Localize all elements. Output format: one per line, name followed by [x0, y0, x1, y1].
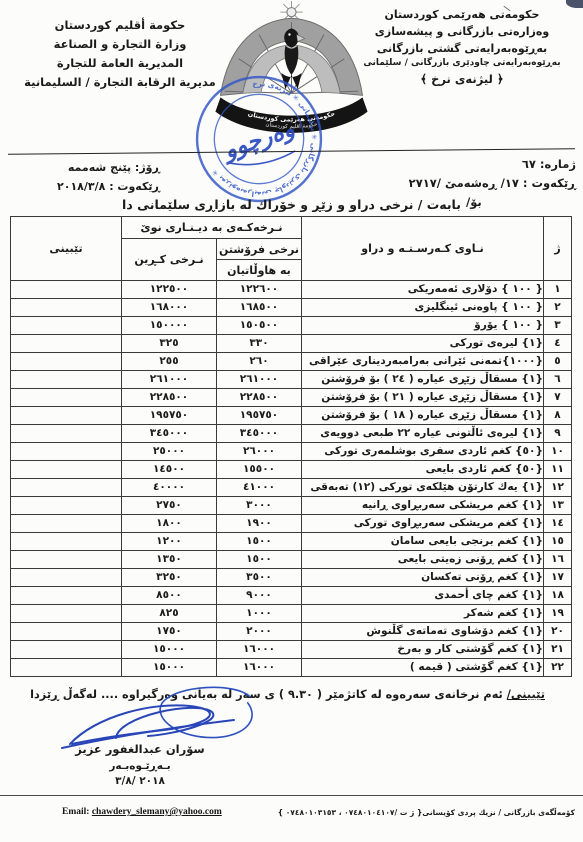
cell-sell-price: ١٥٠٠	[217, 533, 302, 551]
cell-item-name: {١} كغم مریشكی سه‌ربڕاوی توركی	[302, 515, 544, 533]
cell-note	[11, 335, 122, 353]
cell-buy-price: ٣٢٥	[122, 335, 217, 353]
cell-serial: ١٩	[544, 605, 572, 623]
cell-sell-price: ١٥٥٠٠	[217, 461, 302, 479]
gov-line: حكومه‌تی هه‌رێمی كوردستان	[348, 6, 576, 23]
cell-buy-price: ٣٢٥٠	[122, 569, 217, 587]
address-phone-line: كۆمه‌ڵگه‌ی بازرگانی / نزیك پردی كۆیسانی{…	[278, 807, 575, 817]
table-row: ١٢ {١} یه‌ك كارتۆن هێلكه‌ی توركی (١٢) ته…	[11, 479, 572, 497]
cell-note	[11, 353, 122, 371]
cell-buy-price: ١٥٠٠٠	[122, 659, 217, 677]
scanned-document-page: حكومه‌تی هه‌رێمی كوردستان وه‌زاره‌تی باز…	[0, 0, 583, 842]
cell-sell-price: ١٥٠٥٠٠	[217, 317, 302, 335]
day-date-block: ڕۆژ: پێنج شه‌ممه ڕێكه‌وت : ٢٠١٨/٣/٨	[42, 158, 160, 197]
cell-buy-price: ٢٢٨٥٠٠	[122, 389, 217, 407]
cell-buy-price: ٢٦١٠٠٠	[122, 371, 217, 389]
cell-sell-price: ١٩٥٧٥٠	[217, 407, 302, 425]
table-row: ١٧ {١} كغم ڕۆنی ته‌كسان ٣٥٠٠ ٣٢٥٠	[11, 569, 572, 587]
cell-serial: ٧	[544, 389, 572, 407]
cell-note	[11, 443, 122, 461]
cell-serial: ١٤	[544, 515, 572, 533]
footnote-label: تێبینی/	[507, 688, 545, 701]
cell-sell-price: ١٥٠٠	[217, 551, 302, 569]
col-header-serial: ژ	[544, 217, 572, 281]
day-line: ڕۆژ: پێنج شه‌ممه	[42, 158, 160, 177]
table-row: ٢١ {١} كغم گۆشتی كار و به‌رخ ١٦٠٠٠ ١٥٠٠٠	[11, 641, 572, 659]
price-table: ژ نـاوی كـه‌رسـتـه‌ و دراو نـرخه‌كـه‌ی ب…	[10, 216, 572, 677]
cell-buy-price: ١٤٥٠٠	[122, 461, 217, 479]
table-row: ١١ {٥٠} كغم ئاردی بایعی ١٥٥٠٠ ١٤٥٠٠	[11, 461, 572, 479]
cell-sell-price: ١٠٠٠	[217, 605, 302, 623]
cell-serial: ٥	[544, 353, 572, 371]
cell-item-name: { ١٠٠ } پاوه‌نی ئینگلیزی	[302, 299, 544, 317]
cell-serial: ٨	[544, 407, 572, 425]
cell-item-name: {١} كغم گۆشتی كار و به‌رخ	[302, 641, 544, 659]
cell-serial: ١٣	[544, 497, 572, 515]
cell-buy-price: ٤٠٠٠٠	[122, 479, 217, 497]
cell-note	[11, 389, 122, 407]
ministry-line: وزارة التجارة و الصناعة	[14, 35, 226, 54]
col-header-notes: تێبینی	[11, 217, 122, 281]
cell-sell-price: ٣٣٠	[217, 335, 302, 353]
cell-item-name: {٥٠} كغم ئاردی بایعی	[302, 461, 544, 479]
cell-buy-price: ٢٥٠٠٠	[122, 443, 217, 461]
cell-buy-price: ١٥٠٠٠	[122, 641, 217, 659]
table-row: ١٤ {١} كغم مریشكی سه‌ربڕاوی توركی ١٩٠٠ ١…	[11, 515, 572, 533]
cell-serial: ٦	[544, 371, 572, 389]
kurdish-date: ڕێكه‌وت : ١٧/ ڕه‌شه‌مێ /٢٧١٧	[388, 174, 576, 193]
table-row: ٦ {١} مسقاڵ زێڕی عیاره ( ٢٤ ) بۆ فرۆشتن …	[11, 371, 572, 389]
cell-buy-price: ١٧٥٠	[122, 623, 217, 641]
cell-item-name: {١} لیره‌ی ئاڵتونی عیاره ٢٢ طبعی دوویه‌ی	[302, 425, 544, 443]
directorate-line: به‌ڕێوه‌به‌رایه‌تی گشتی بازرگانی	[348, 40, 576, 57]
cell-note	[11, 605, 122, 623]
table-row: ١٩ {١} كغم شه‌كر ١٠٠٠ ٨٢٥	[11, 605, 572, 623]
cell-item-name: {١} كغم چای أحمدی	[302, 587, 544, 605]
price-committee-line: ﴿ لیژنه‌ی نرخ ﴾	[348, 71, 576, 89]
signature-block: سۆران عبدالغفور عزیز بـه‌ڕێـوه‌بـه‌ر ٢٠١…	[60, 742, 220, 787]
cell-serial: ١١	[544, 461, 572, 479]
cell-note	[11, 281, 122, 299]
col-header-buy-price: نـرخی كـڕین	[122, 239, 217, 281]
table-row: ١٣ {١} كغم مریشكی سه‌ربڕاوی ڕانیه ٣٠٠٠ ٢…	[11, 497, 572, 515]
cell-note	[11, 479, 122, 497]
table-row: ١٠ {٥٠} كغم ئاردی سفری بوشلمه‌ری توركی ٢…	[11, 443, 572, 461]
cell-note	[11, 623, 122, 641]
cell-item-name: {١} مسقاڵ زێڕی عیاره ( ٢٤ ) بۆ فرۆشتن	[302, 371, 544, 389]
official-stamp: به‌ڕێوه‌به‌رایه‌تی چاودێری بازرگانی ✳ سل…	[184, 64, 333, 213]
cell-note	[11, 515, 122, 533]
email-label: Email:	[62, 807, 89, 817]
cell-sell-price: ٤١٠٠٠	[217, 479, 302, 497]
table-row: ٢ { ١٠٠ } پاوه‌نی ئینگلیزی ١٦٨٥٠٠ ١٦٨٠٠٠	[11, 299, 572, 317]
cell-item-name: {١} لیره‌ی توركی	[302, 335, 544, 353]
cell-buy-price: ١٩٥٧٥٠	[122, 407, 217, 425]
email-link[interactable]: chawdery_slemany@yahoo.com	[92, 807, 222, 817]
col-header-price-group: نـرخه‌كـه‌ی به دیـنـاری نوێ	[122, 217, 302, 239]
cell-item-name: {١} كغم ڕۆنی ته‌كسان	[302, 569, 544, 587]
cell-note	[11, 551, 122, 569]
cell-note	[11, 371, 122, 389]
cell-serial: ٩	[544, 425, 572, 443]
cell-item-name: {١٠٠٠}تمه‌نی ئێرانی به‌رامبه‌ردیناری عێر…	[302, 353, 544, 371]
cell-item-name: {٥٠} كغم ئاردی سفری بوشلمه‌ری توركی	[302, 443, 544, 461]
cell-item-name: {١} یه‌ك كارتۆن هێلكه‌ی توركی (١٢) ته‌به…	[302, 479, 544, 497]
cell-sell-price: ٣٥٠٠	[217, 569, 302, 587]
footer-divider-line	[0, 795, 583, 796]
gregorian-date: ڕێكه‌وت : ٢٠١٨/٣/٨	[42, 177, 160, 196]
cell-serial: ٢٢	[544, 659, 572, 677]
cell-note	[11, 497, 122, 515]
table-row: ١٨ {١} كغم چای أحمدی ٩٠٠٠ ٨٥٠٠	[11, 587, 572, 605]
table-row: ٣ { ١٠٠ } یۆرۆ ١٥٠٥٠٠ ١٥٠٠٠٠	[11, 317, 572, 335]
cell-sell-price: ٣٠٠٠	[217, 497, 302, 515]
cell-serial: ١٨	[544, 587, 572, 605]
signer-name: سۆران عبدالغفور عزیز	[60, 742, 220, 756]
cell-buy-price: ١٦٨٠٠٠	[122, 299, 217, 317]
cell-buy-price: ٢٥٥	[122, 353, 217, 371]
cell-item-name: {١} كغم گۆشتی ( قیمه )	[302, 659, 544, 677]
cell-sell-price: ٢٠٠٠	[217, 623, 302, 641]
table-row: ٢٠ {١} كغم دۆشاوی ته‌ماته‌ی گڵنوش ٢٠٠٠ ١…	[11, 623, 572, 641]
footer-contact-line: Email: chawdery_slemany@yahoo.com كۆمه‌ڵ…	[62, 807, 575, 817]
cell-note	[11, 659, 122, 677]
email-line: Email: chawdery_slemany@yahoo.com	[62, 807, 222, 817]
cell-buy-price: ١٢٠٠	[122, 533, 217, 551]
col-header-sell-sub: به هاوڵاتیان	[217, 260, 302, 281]
col-header-sell-price: نرخی فرۆشتن	[217, 239, 302, 260]
cell-sell-price: ١٦٠٠٠	[217, 659, 302, 677]
cell-serial: ٢	[544, 299, 572, 317]
price-table-header: ژ نـاوی كـه‌رسـتـه‌ و دراو نـرخه‌كـه‌ی ب…	[11, 217, 572, 281]
table-row: ٨ {١} مسقاڵ زێڕی عیاره ( ١٨ ) بۆ فرۆشتن …	[11, 407, 572, 425]
cell-note	[11, 587, 122, 605]
table-row: ١٦ {١} كغم ڕۆنی زه‌یتی بایعی ١٥٠٠ ١٣٥٠	[11, 551, 572, 569]
table-row: ١٥ {١} كغم برنجی بایعی سامان ١٥٠٠ ١٢٠٠	[11, 533, 572, 551]
cell-sell-price: ١٢٢٦٠٠	[217, 281, 302, 299]
ministry-line: وه‌زاره‌تی بازرگانی و پیشه‌سازی	[348, 23, 576, 40]
cell-buy-price: ٣٤٥٠٠٠	[122, 425, 217, 443]
cell-note	[11, 641, 122, 659]
sub-directorate-line: به‌ڕێوه‌به‌رایه‌تی چاودێری بازرگانی / سل…	[348, 57, 576, 71]
document-title: بابه‌ت / نرخی دراو و زێڕ و خۆراك له‌ باز…	[0, 197, 583, 212]
cell-note	[11, 569, 122, 587]
cell-serial: ١٢	[544, 479, 572, 497]
cell-serial: ١٠	[544, 443, 572, 461]
cell-serial: ١٦	[544, 551, 572, 569]
table-row: ٢٢ {١} كغم گۆشتی ( قیمه ) ١٦٠٠٠ ١٥٠٠٠	[11, 659, 572, 677]
cell-note	[11, 533, 122, 551]
price-table-body: ١ { ١٠٠ } دۆلاری ئه‌مه‌ریكی ١٢٢٦٠٠ ١٢٢٥٠…	[11, 281, 572, 677]
cell-serial: ١٥	[544, 533, 572, 551]
cell-serial: ٣	[544, 317, 572, 335]
cell-note	[11, 425, 122, 443]
cell-sell-price: ٣٤٥٠٠٠	[217, 425, 302, 443]
table-row: ٩ {١} لیره‌ی ئاڵتونی عیاره ٢٢ طبعی دوویه…	[11, 425, 572, 443]
cell-item-name: {١} كغم برنجی بایعی سامان	[302, 533, 544, 551]
cell-note	[11, 317, 122, 335]
cell-note	[11, 461, 122, 479]
cell-sell-price: ٢٦٠٠٠	[217, 443, 302, 461]
cell-item-name: { ١٠٠ } یۆرۆ	[302, 317, 544, 335]
table-row: ٤ {١} لیره‌ی توركی ٣٣٠ ٣٢٥	[11, 335, 572, 353]
cell-sell-price: ١٩٠٠	[217, 515, 302, 533]
cell-item-name: {١} كغم دۆشاوی ته‌ماته‌ی گڵنوش	[302, 623, 544, 641]
cell-buy-price: ١٢٢٥٠٠	[122, 281, 217, 299]
signer-title: بـه‌ڕێـوه‌بـه‌ر	[60, 760, 220, 772]
cell-buy-price: ١٣٥٠	[122, 551, 217, 569]
cell-buy-price: ٨٥٠٠	[122, 587, 217, 605]
cell-sell-price: ٢٦١٠٠٠	[217, 371, 302, 389]
cell-note	[11, 407, 122, 425]
stamp-handwritten-text: وه‌رچوو	[217, 114, 298, 166]
cell-sell-price: ٢٢٨٥٠٠	[217, 389, 302, 407]
cell-serial: ١٧	[544, 569, 572, 587]
cell-serial: ٤	[544, 335, 572, 353]
cell-buy-price: ٨٢٥	[122, 605, 217, 623]
directorate-line: المديرية العامة للتجارة	[14, 54, 226, 73]
cell-note	[11, 299, 122, 317]
cell-item-name: {١} كغم شه‌كر	[302, 605, 544, 623]
cell-sell-price: ٩٠٠٠	[217, 587, 302, 605]
cell-sell-price: ٢٦٠	[217, 353, 302, 371]
table-row: ٥ {١٠٠٠}تمه‌نی ئێرانی به‌رامبه‌ردیناری ع…	[11, 353, 572, 371]
cell-buy-price: ١٥٠٠٠٠	[122, 317, 217, 335]
cell-serial: ٢١	[544, 641, 572, 659]
cell-serial: ١	[544, 281, 572, 299]
table-row: ٧ {١} مسقاڵ زێڕی عیاره ( ٢١ ) بۆ فرۆشتن …	[11, 389, 572, 407]
cell-sell-price: ١٦٨٥٠٠	[217, 299, 302, 317]
cell-buy-price: ١٨٠٠	[122, 515, 217, 533]
gov-line: حكومة أقليم كوردستان	[14, 16, 226, 35]
col-header-item: نـاوی كـه‌رسـتـه‌ و دراو	[302, 217, 544, 281]
cell-serial: ٢٠	[544, 623, 572, 641]
table-row: ١ { ١٠٠ } دۆلاری ئه‌مه‌ریكی ١٢٢٦٠٠ ١٢٢٥٠…	[11, 281, 572, 299]
cell-item-name: {١} مسقاڵ زێڕی عیاره ( ٢١ ) بۆ فرۆشتن	[302, 389, 544, 407]
cell-buy-price: ٢٧٥٠	[122, 497, 217, 515]
cell-item-name: {١} مسقاڵ زێڕی عیاره ( ١٨ ) بۆ فرۆشتن	[302, 407, 544, 425]
header-block-kurdish: حكومه‌تی هه‌رێمی كوردستان وه‌زاره‌تی باز…	[348, 6, 576, 89]
signature-date: ٢٠١٨ /٣/٨	[60, 775, 220, 787]
cell-item-name: {١} كغم ڕۆنی زه‌یتی بایعی	[302, 551, 544, 569]
cell-item-name: {١} كغم مریشكی سه‌ربڕاوی ڕانیه	[302, 497, 544, 515]
cell-sell-price: ١٦٠٠٠	[217, 641, 302, 659]
cell-item-name: { ١٠٠ } دۆلاری ئه‌مه‌ریكی	[302, 281, 544, 299]
reference-number: ژماره: ٦٧	[388, 155, 576, 174]
